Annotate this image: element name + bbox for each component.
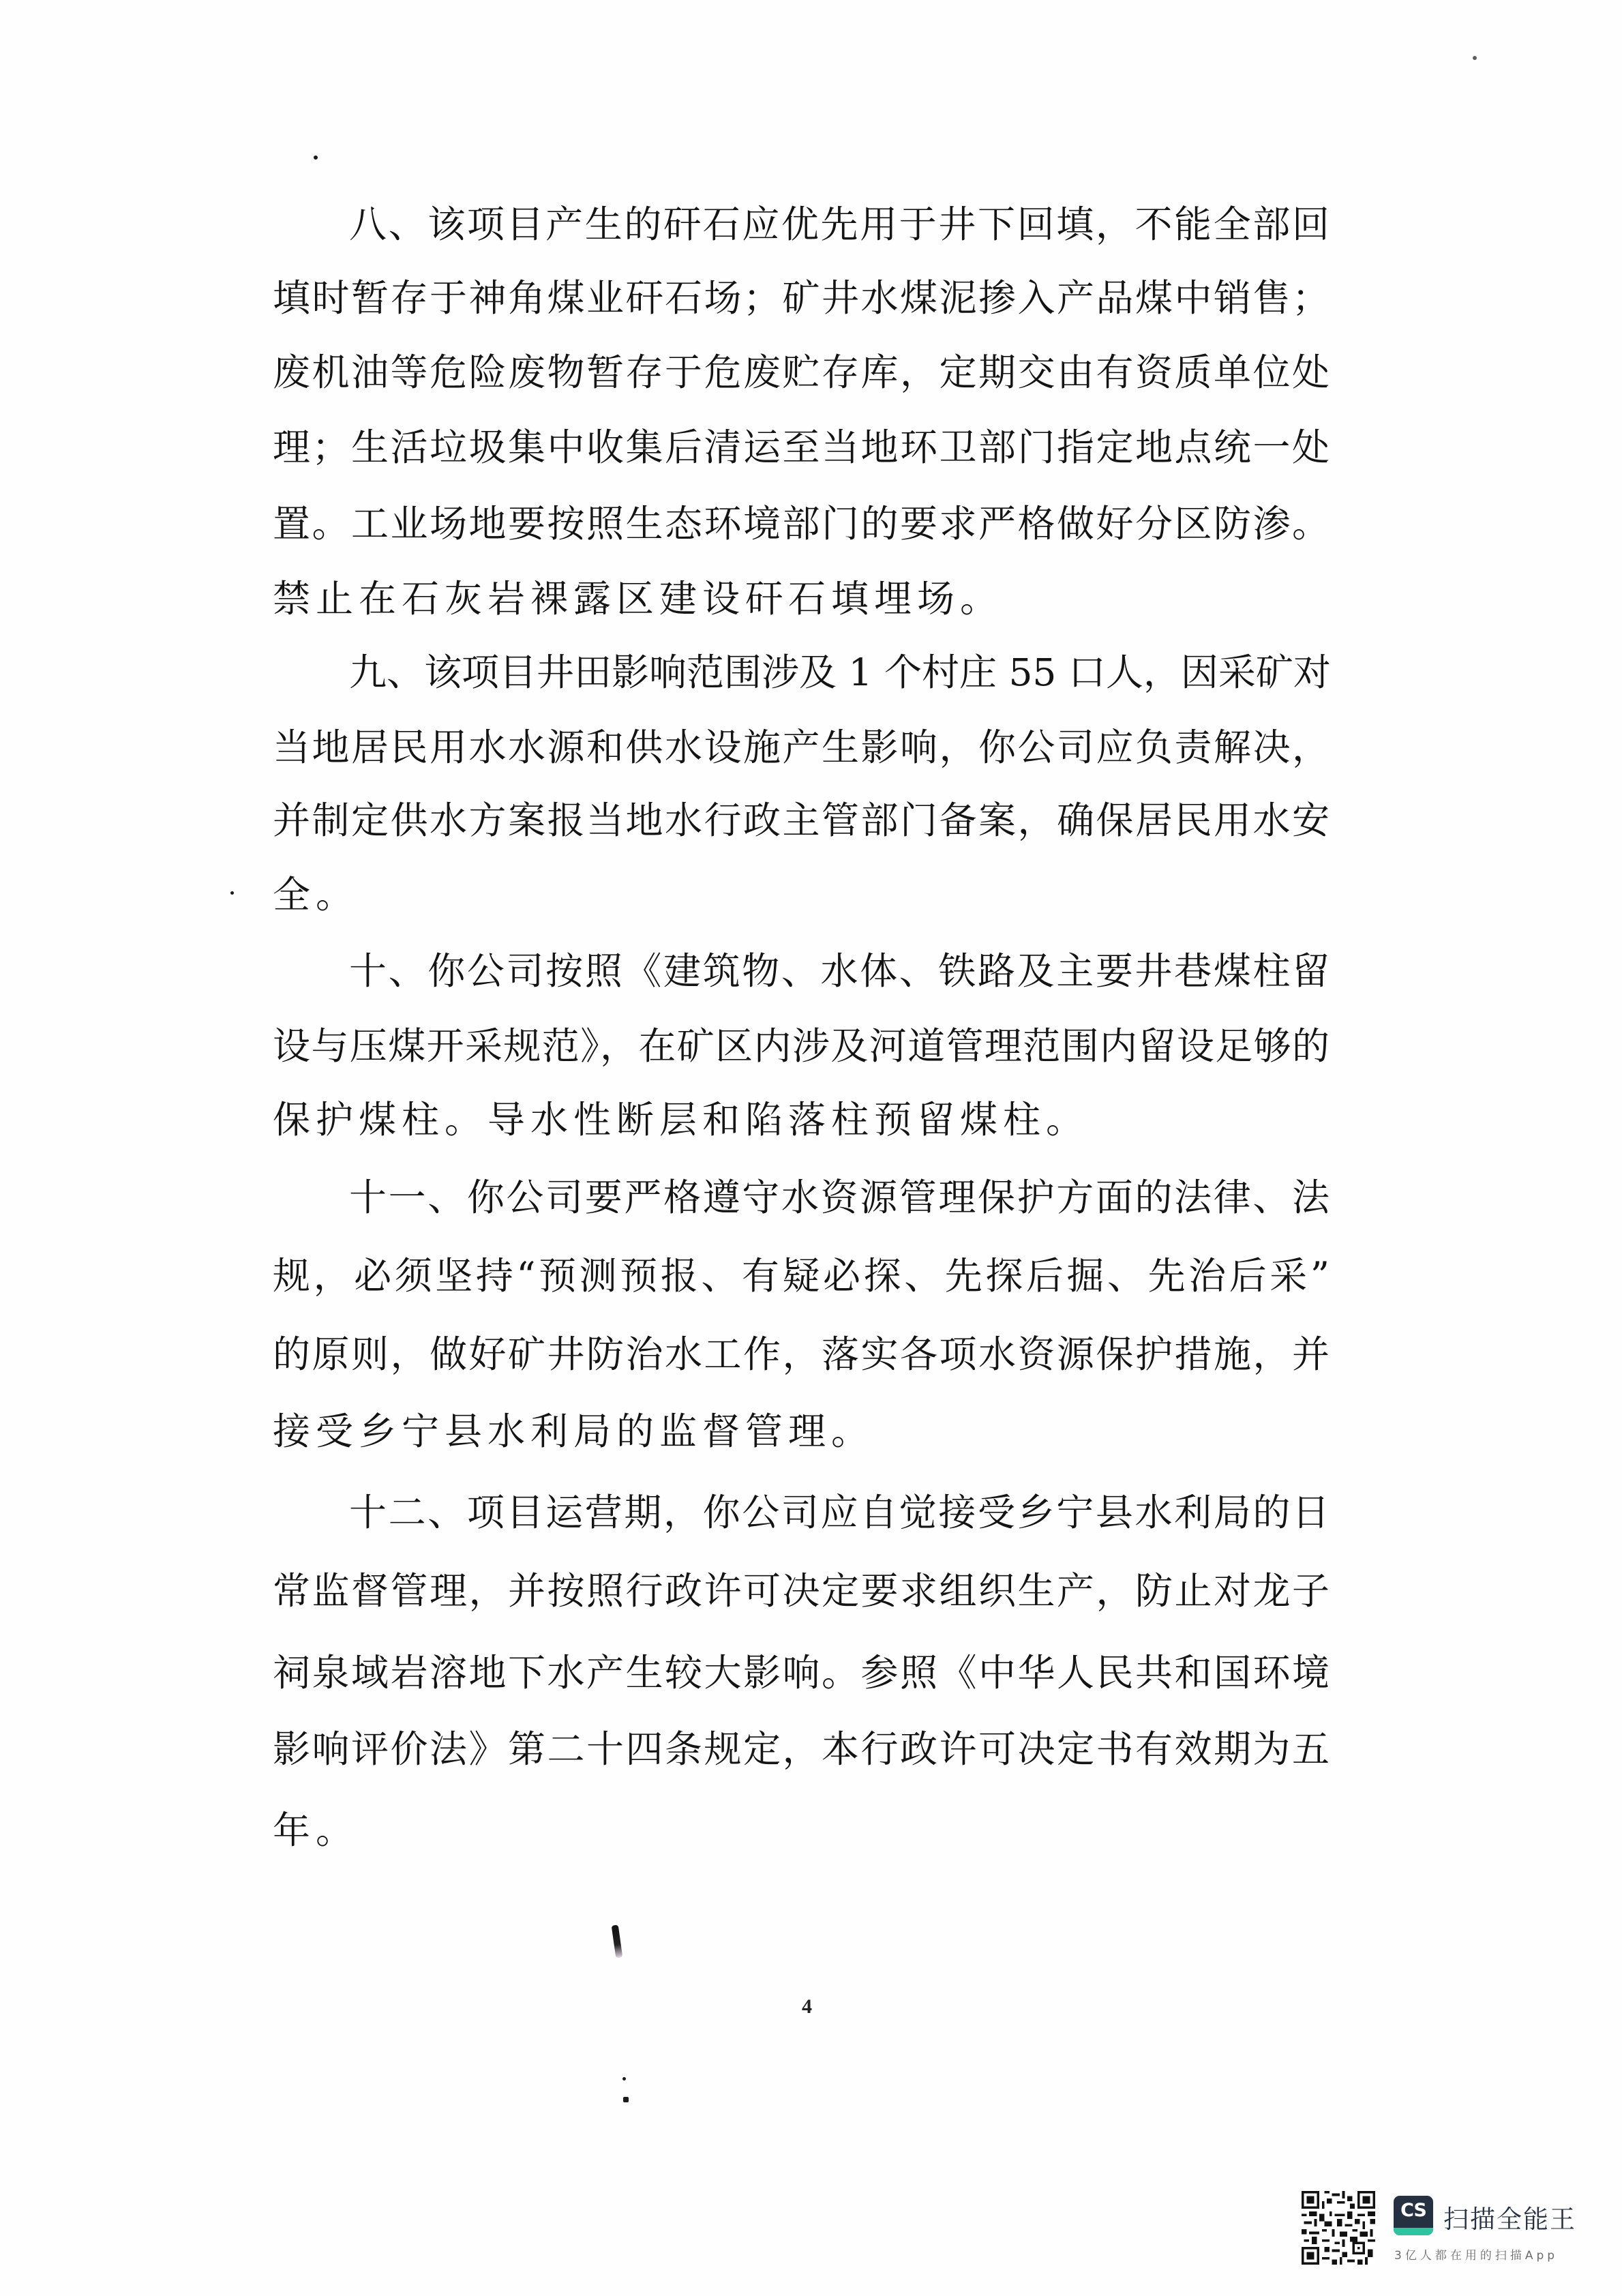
brand-tagline: 3亿人都在用的扫描App [1394, 2246, 1558, 2263]
text-line: 九、该项目井田影响范围涉及 1 个村庄 55 口人，因采矿对 [349, 648, 1330, 696]
document-page: 八、该项目产生的矸石应优先用于井下回填，不能全部回 填时暂存于神角煤业矸石场；矿… [0, 0, 1622, 2296]
text-line: 的原则，做好矿井防治水工作，落实各项水资源保护措施，并 [273, 1330, 1330, 1378]
text-line: 废机油等危险废物暂存于危废贮存库，定期交由有资质单位处 [273, 348, 1330, 396]
text-line: 影响评价法》第二十四条规定，本行政许可决定书有效期为五 [273, 1725, 1330, 1773]
logo-stripe [1394, 2228, 1433, 2235]
brand-name: 扫描全能王 [1443, 2198, 1576, 2235]
text-line: 并制定供水方案报当地水行政主管部门备案，确保居民用水安 [273, 796, 1330, 844]
text-line: 常监督管理，并按照行政许可决定要求组织生产，防止对龙子 [273, 1567, 1330, 1615]
text-line: 规，必须坚持“预测预报、有疑必探、先探后掘、先治后采” [273, 1252, 1330, 1300]
text-line: 祠泉域岩溶地下水产生较大影响。参照《中华人民共和国环境 [273, 1649, 1330, 1697]
text-line: 接受乡宁县水利局的监督管理。 [273, 1407, 1330, 1455]
scan-speck-icon [1473, 56, 1477, 60]
text-line: 年。 [273, 1806, 1330, 1854]
page-number: 4 [802, 1995, 812, 2018]
text-line: 理；生活垃圾集中收集后清运至当地环卫部门指定地点统一处 [273, 423, 1330, 471]
text-line: 置。工业场地要按照生态环境部门的要求严格做好分区防渗。 [273, 500, 1330, 548]
qr-code-icon [1302, 2191, 1375, 2265]
text-line: 禁止在石灰岩裸露区建设矸石填埋场。 [273, 575, 1330, 623]
text-line: 全。 [273, 871, 1330, 919]
text-line: 设与压煤开采规范》，在矿区内涉及河道管理范围内留设足够的 [273, 1022, 1330, 1070]
camscanner-logo-icon: CS [1394, 2196, 1433, 2235]
scan-speck-icon [622, 2077, 626, 2081]
text-line: 保护煤柱。导水性断层和陷落柱预留煤柱。 [273, 1096, 1330, 1144]
text-line: 当地居民用水水源和供水设施产生影响，你公司应负责解决， [273, 724, 1330, 771]
scan-speck-icon [832, 1735, 835, 1738]
text-line: 十一、你公司要严格遵守水资源管理保护方面的法律、法 [349, 1174, 1330, 1221]
scan-speck-icon [623, 2097, 629, 2102]
scan-streak-icon [612, 1925, 623, 1958]
scan-speck-icon [314, 155, 318, 160]
logo-text: CS [1394, 2200, 1433, 2221]
text-line: 填时暂存于神角煤业矸石场；矿井水煤泥掺入产品煤中销售； [273, 274, 1330, 322]
scanner-watermark: CS 扫描全能王 3亿人都在用的扫描App [1299, 2189, 1599, 2271]
text-line: 八、该项目产生的矸石应优先用于井下回填，不能全部回 [349, 200, 1330, 248]
text-line: 十二、项目运营期，你公司应自觉接受乡宁县水利局的日 [349, 1489, 1330, 1536]
text-line: 十、你公司按照《建筑物、水体、铁路及主要井巷煤柱留 [349, 947, 1330, 995]
scan-speck-icon [230, 891, 234, 895]
